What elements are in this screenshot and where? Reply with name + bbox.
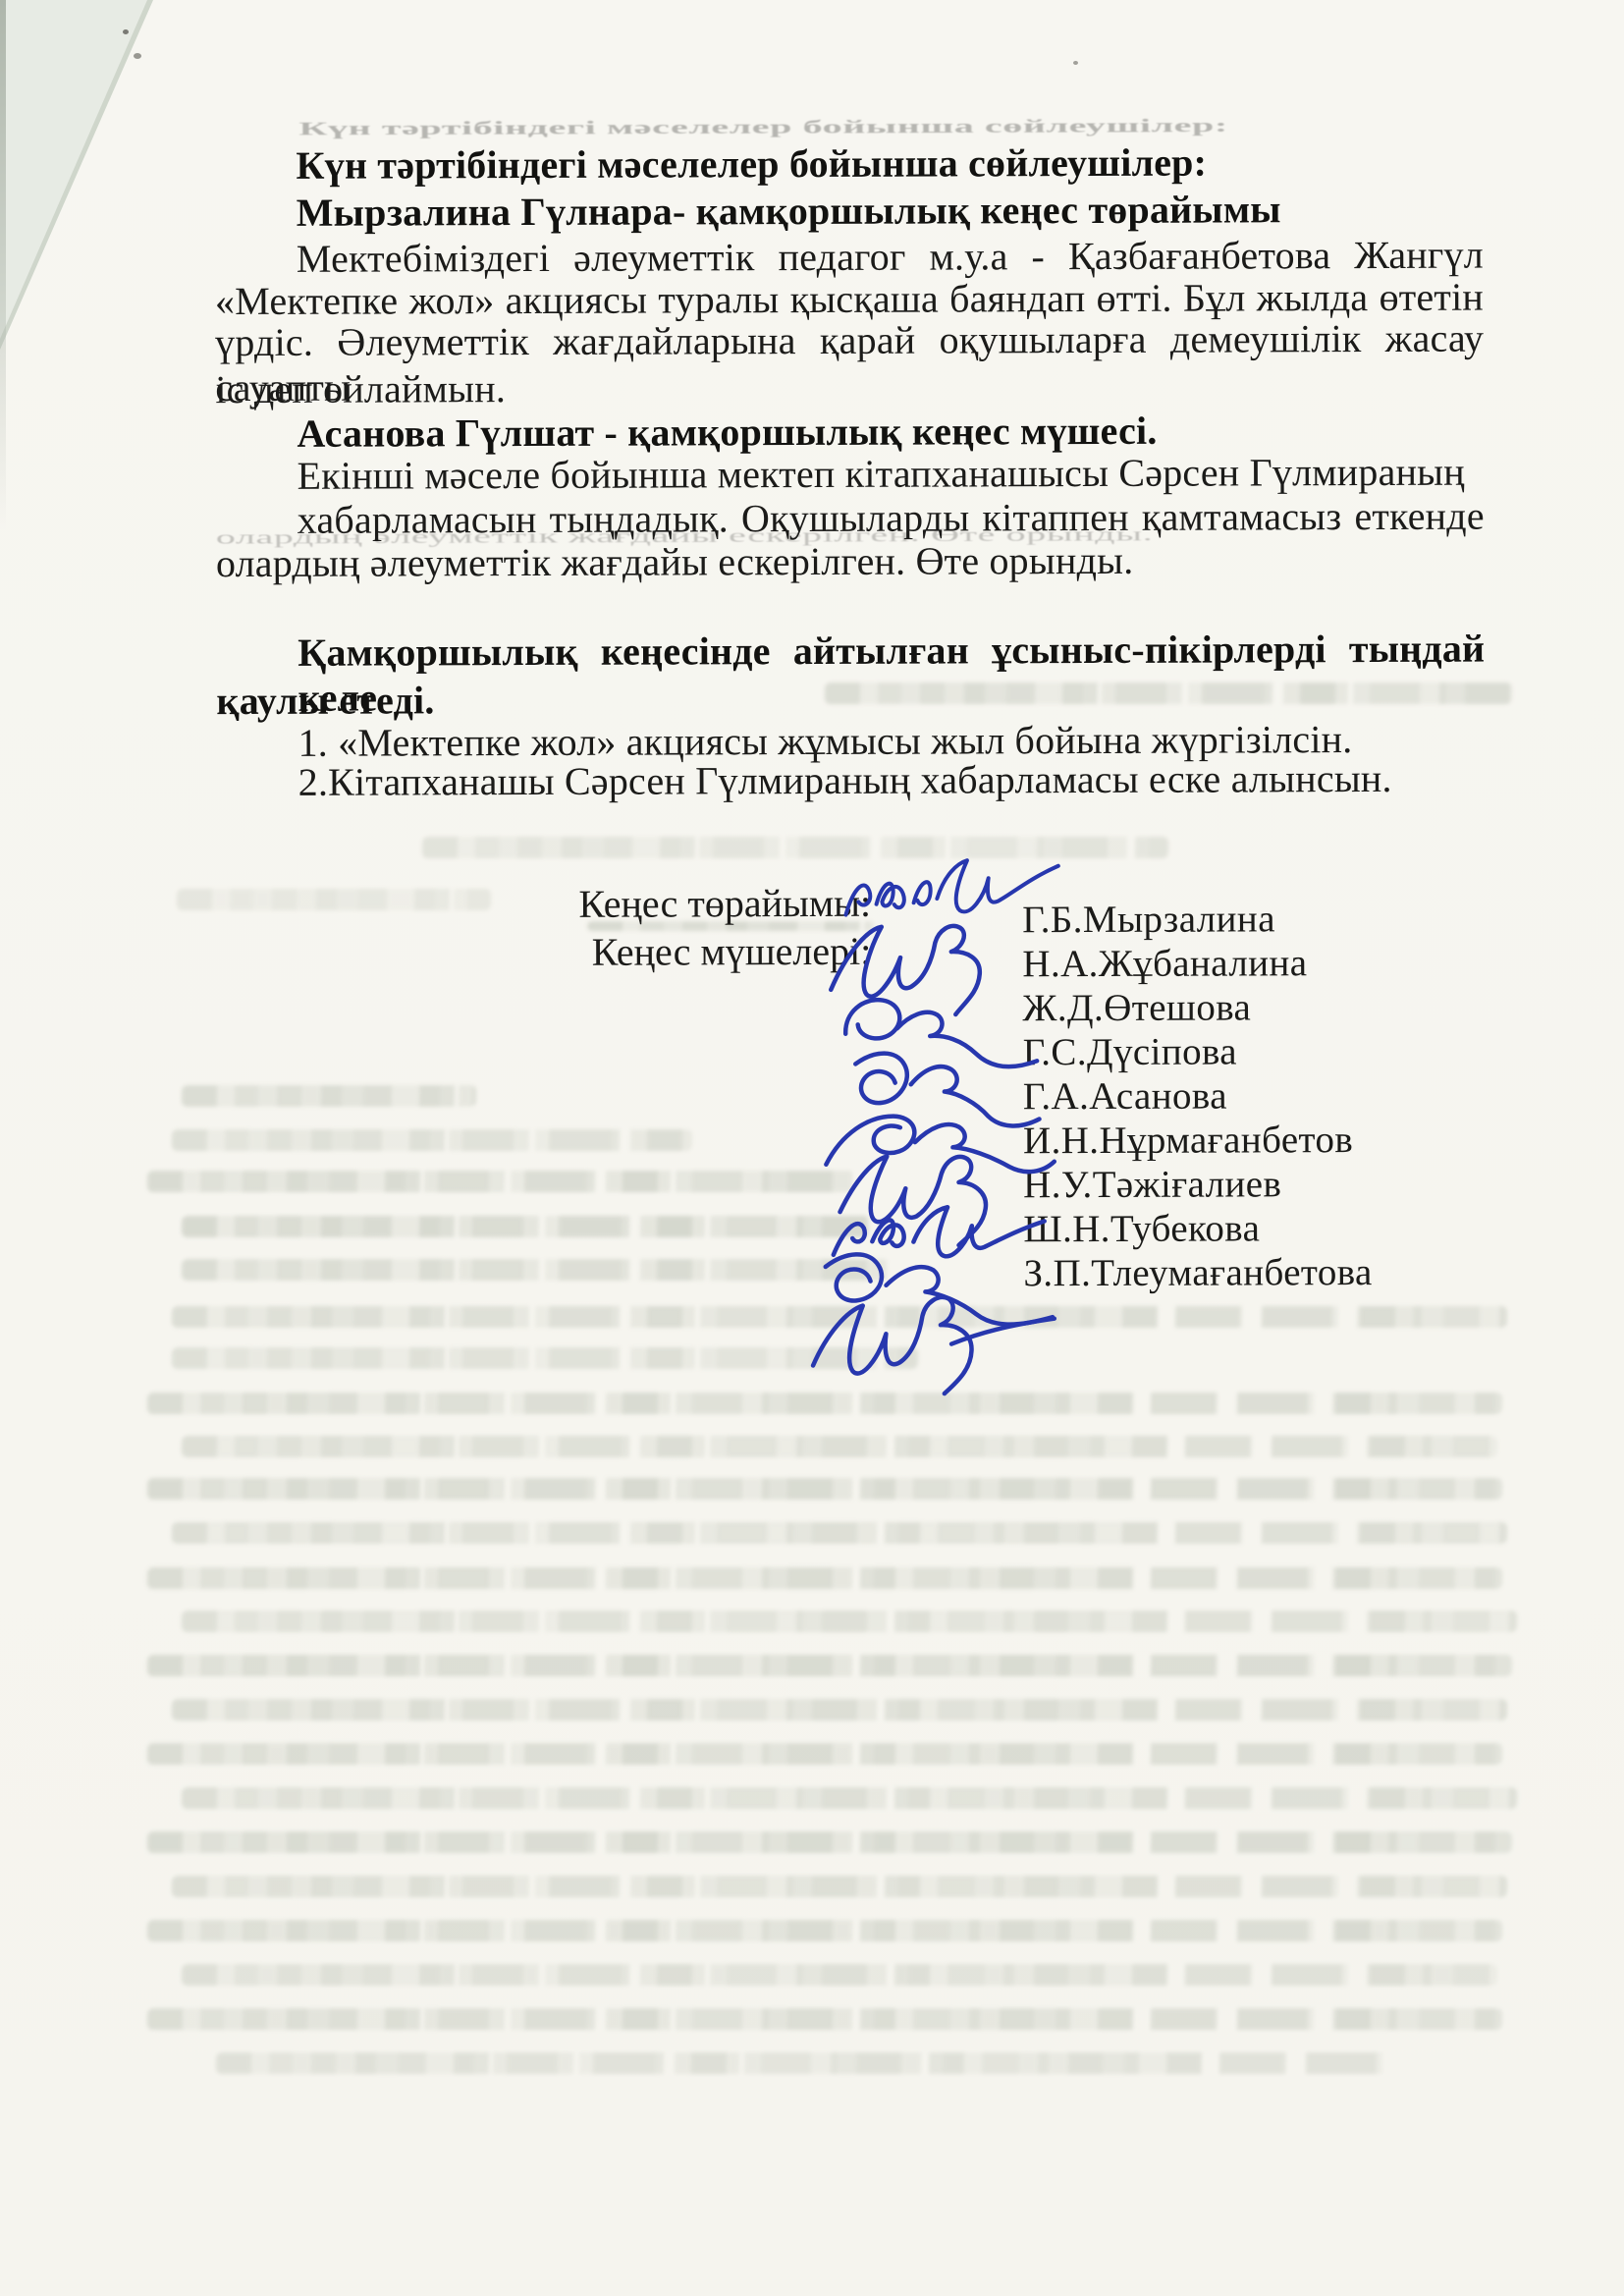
document-content: Күн тәртібіндегі мәселелер бойынша сөйле… — [0, 0, 1624, 2296]
doc-line: олардың әлеуметтік жағдайы ескерілген. Ө… — [216, 538, 1134, 586]
doc-decision-item-2: 2.Кітапханашы Сәрсен Гүлмираның хабарлам… — [298, 756, 1392, 805]
member-name: Ж.Д.Өтешова — [1022, 985, 1251, 1030]
doc-decision-heading: Қамқоршылық кеңесінде айтылған ұсыныс-пі… — [298, 627, 1485, 676]
member-name: Н.А.Жұбаналина — [1022, 941, 1307, 986]
doc-line-speaker-1: Мырзалина Гүлнара- қамқоршылық кеңес төр… — [297, 187, 1281, 236]
member-name: Г.А.Асанова — [1023, 1074, 1227, 1120]
chair-label: Кеңес төрайымы: — [545, 881, 871, 927]
doc-line: іс деп ойлаймын. — [215, 366, 506, 412]
doc-heading-speakers: Күн тәртібіндегі мәселелер бойынша сөйле… — [296, 140, 1207, 189]
scanned-document-page: Күн тәртібіндегі мәселелер бойынша сөйле… — [0, 0, 1624, 2296]
ghost-echo-heading: Күн тәртібіндегі мәселелер бойынша сөйле… — [298, 115, 1227, 139]
signature-member-icon — [841, 1030, 1050, 1142]
signature-member-icon — [834, 972, 1050, 1085]
doc-line: үрдіс. Әлеуметтік жағдайларына қарай оқу… — [215, 316, 1484, 366]
member-name: Ш.Н.Тубекова — [1023, 1206, 1260, 1251]
chair-name: Г.Б.Мырзалина — [1022, 897, 1275, 942]
member-name: З.П.Тлеумағанбетова — [1023, 1250, 1372, 1295]
member-name: Г.С.Дүсіпова — [1023, 1029, 1237, 1074]
doc-decision-heading-2: қаулы етеді. — [216, 678, 434, 724]
members-label: Кеңес мүшелері: — [545, 929, 871, 975]
member-name: И.Н.Нұрмағанбетов — [1023, 1118, 1353, 1163]
member-name: Н.У.Тәжіғалиев — [1023, 1162, 1281, 1207]
doc-line: Екінші мәселе бойынша мектеп кітапханашы… — [298, 450, 1465, 499]
doc-line-speaker-2: Асанова Гүлшат - қамқоршылық кеңес мүшес… — [297, 409, 1157, 457]
doc-line: хабарламасын тыңдадық. Оқушыларды кітапп… — [298, 494, 1485, 543]
